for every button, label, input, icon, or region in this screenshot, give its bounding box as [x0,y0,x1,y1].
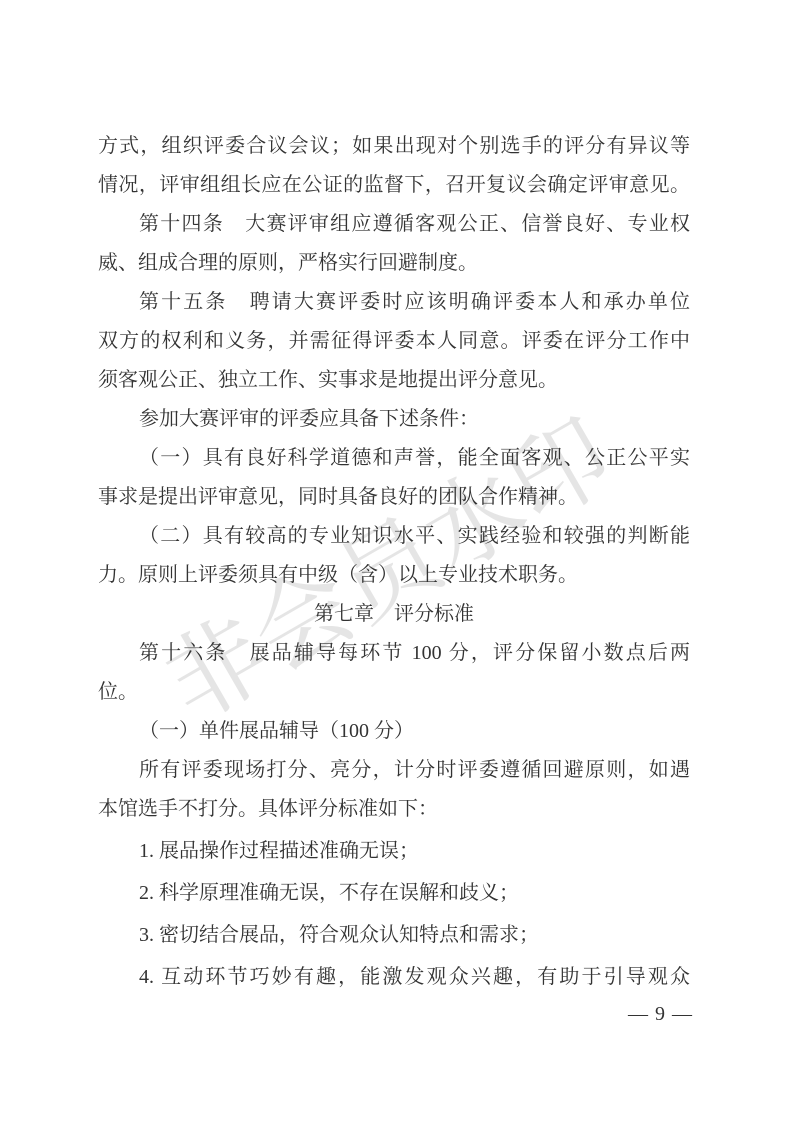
text-line: 双方的权利和义务，并需征得评委本人同意。评委在评分工作中 [98,322,690,361]
page-number: — 9 — [628,1001,693,1027]
text-line: （二）具有较高的专业知识水平、实践经验和较强的判断能 [98,517,690,556]
text-line: （一）具有良好科学道德和声誉，能全面客观、公正公平实 [98,439,690,478]
text-line: 方式，组织评委合议会议；如果出现对个别选手的评分有异议等 [98,127,690,166]
text-line: 威、组成合理的原则，严格实行回避制度。 [98,244,690,283]
list-item: 3. 密切结合展品，符合观众认知特点和需求； [98,916,690,955]
article-14-line: 第十四条 大赛评审组应遵循客观公正、信誉良好、专业权 [98,205,690,244]
article-15-line: 第十五条 聘请大赛评委时应该明确评委本人和承办单位 [98,283,690,322]
article-16-line: 第十六条 展品辅导每环节 100 分，评分保留小数点后两 [98,634,690,673]
document-content: 方式，组织评委合议会议；如果出现对个别选手的评分有异议等 情况，评审组组长应在公… [98,127,690,997]
text-line: 事求是提出评审意见，同时具备良好的团队合作精神。 [98,478,690,517]
list-item: 1. 展品操作过程描述准确无误； [98,832,690,871]
text-line: 本馆选手不打分。具体评分标准如下： [98,790,690,829]
text-line: 参加大赛评审的评委应具备下述条件： [98,400,690,439]
list-item: 4. 互动环节巧妙有趣，能激发观众兴趣，有助于引导观众 [98,958,690,997]
text-line: 情况，评审组组长应在公证的监督下，召开复议会确定评审意见。 [98,166,690,205]
document-page: 非会员水印 方式，组织评委合议会议；如果出现对个别选手的评分有异议等 情况，评审… [0,0,793,1122]
list-item: 2. 科学原理准确无误，不存在误解和歧义； [98,874,690,913]
text-line: （一）单件展品辅导（100 分） [98,712,690,751]
text-line: 须客观公正、独立工作、实事求是地提出评分意见。 [98,361,690,400]
chapter-heading: 第七章 评分标准 [98,595,690,634]
text-line: 位。 [98,673,690,712]
text-line: 力。原则上评委须具有中级（含）以上专业技术职务。 [98,556,690,595]
text-line: 所有评委现场打分、亮分，计分时评委遵循回避原则，如遇 [98,751,690,790]
